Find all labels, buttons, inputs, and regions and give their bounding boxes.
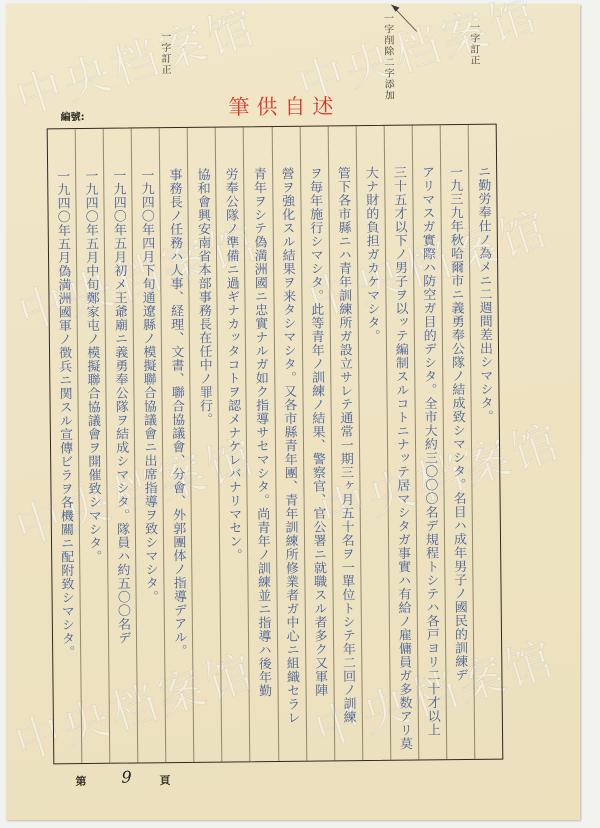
document-page: 中央档案馆 中央档案馆 中央档案馆 中央档案馆 中央档案馆 中央档案馆 中央档案… xyxy=(0,0,600,828)
page-number: 9 xyxy=(121,768,131,787)
page-suffix-label: 頁 xyxy=(159,772,170,788)
document-title: 筆供自述 xyxy=(228,90,340,121)
watermark: 中央档案馆 xyxy=(7,0,265,129)
margin-note-deletion-addition: 一字削除二字添加 xyxy=(379,13,395,101)
page-prefix-label: 第 xyxy=(75,773,86,789)
handwritten-line: ニ勤労奉仕ノ為メニ二週間差出シマシタ。 xyxy=(469,125,503,759)
margin-note-correction: 一字訂正 xyxy=(157,31,172,75)
manuscript-grid: ニ勤労奉仕ノ為メニ二週間差出シマシタ。 一九三九年秋哈爾市ニ義勇奉公隊ノ結成致シ… xyxy=(47,124,504,765)
margin-note-correction: 一字訂正 xyxy=(466,22,481,66)
serial-number-label: 編號: xyxy=(60,108,84,123)
